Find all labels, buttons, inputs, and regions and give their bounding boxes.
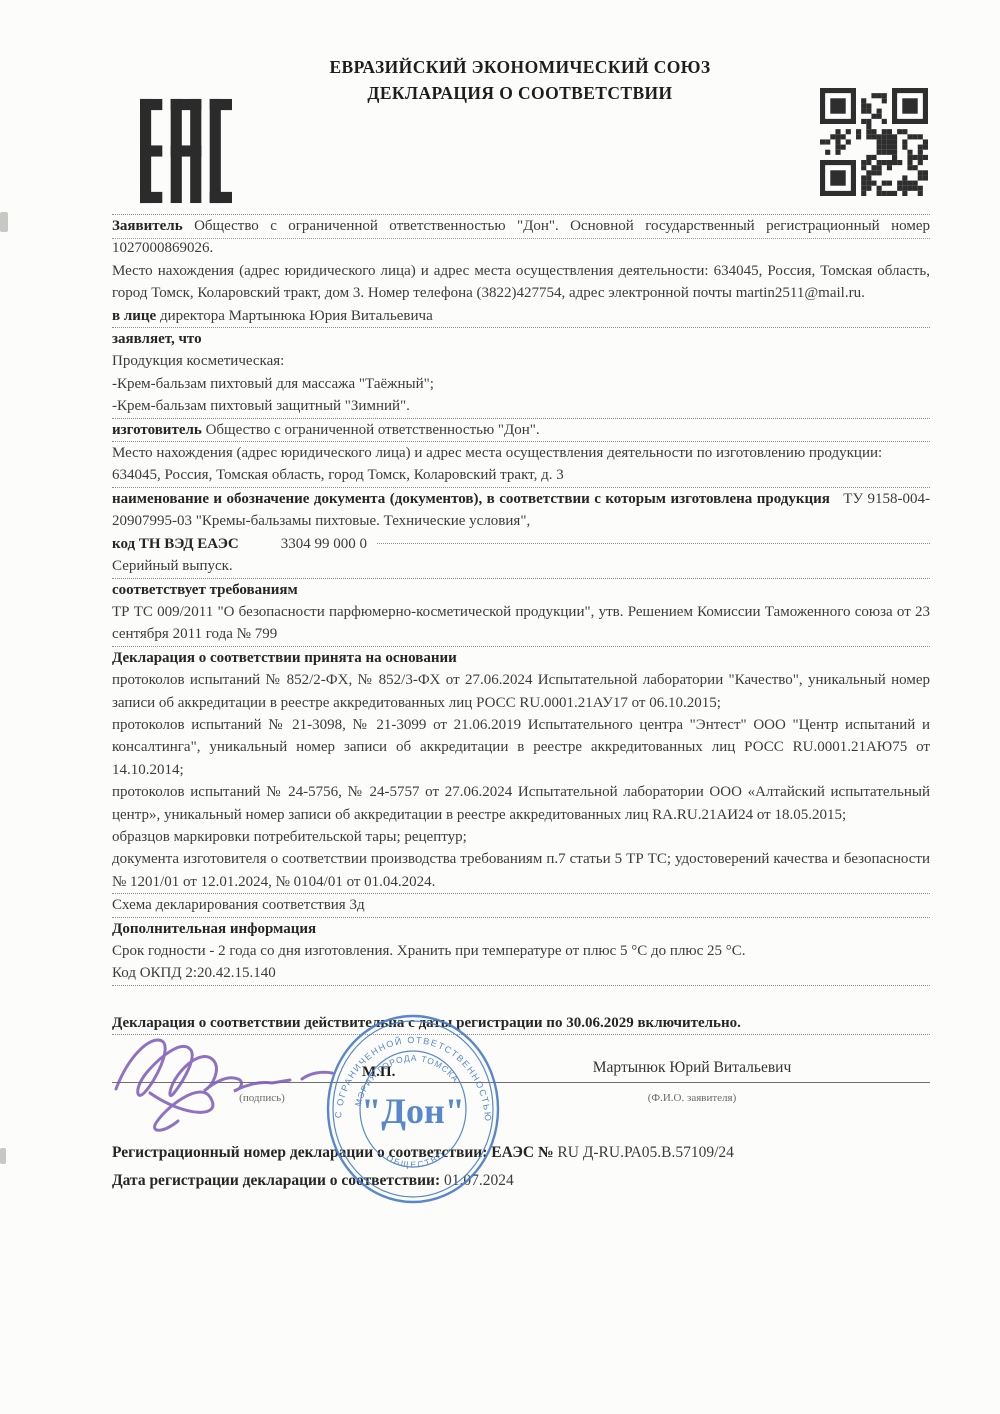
applicant-person-row: в лице директора Мартынюка Юрия Витальев… <box>112 305 930 328</box>
qr-code-icon <box>818 88 930 196</box>
document-header: ЕВРАЗИЙСКИЙ ЭКОНОМИЧЕСКИЙ СОЮЗ ДЕКЛАРАЦИ… <box>240 54 800 106</box>
basis-item: образцов маркировки потребительской тары… <box>112 826 930 848</box>
signature-zone: М.П. Мартынюк Юрий Витальевич (подпись) … <box>112 1035 930 1137</box>
registration-block: Регистрационный номер декларации о соотв… <box>112 1141 930 1193</box>
registration-date-row: Дата регистрации декларации о соответств… <box>112 1169 930 1193</box>
union-title: ЕВРАЗИЙСКИЙ ЭКОНОМИЧЕСКИЙ СОЮЗ <box>240 54 800 80</box>
tnved-value: 3304 99 000 0 <box>281 533 377 555</box>
additional-text: Срок годности - 2 года со дня изготовлен… <box>112 940 930 962</box>
applicant-fullname: Мартынюк Юрий Витальевич <box>492 1057 892 1079</box>
scheme-line: Схема декларирования соответствия 3д <box>112 894 930 917</box>
stamp-center-text: "Дон" <box>361 1091 464 1131</box>
registration-number-value: RU Д-RU.РА05.В.57109/24 <box>557 1144 734 1161</box>
company-stamp: С ОГРАНИЧЕННОЙ ОТВЕТСТВЕННОСТЬЮ • № 968 … <box>324 1011 502 1207</box>
basis-item: протоколов испытаний № 21-3098, № 21-309… <box>112 714 930 781</box>
blank-line <box>377 543 930 544</box>
registration-number-row: Регистрационный номер декларации о соотв… <box>112 1141 930 1165</box>
stamp-inner-bottom-text: ОБЩЕСТВО <box>385 1149 448 1170</box>
compliance-text: ТР ТС 009/2011 "О безопасности парфюмерн… <box>112 601 930 647</box>
manufacturer-name: Общество с ограниченной ответственностью… <box>206 422 540 438</box>
svg-text:ОБЩЕСТВО: ОБЩЕСТВО <box>385 1149 448 1170</box>
product-intro: Продукция косметическая: <box>112 350 930 372</box>
doc-label: наименование и обозначение документа (до… <box>112 491 830 507</box>
manufacturer-row: изготовитель Общество с ограниченной отв… <box>112 419 930 442</box>
declares-label: заявляет, что <box>112 328 930 350</box>
doc-basis-row: наименование и обозначение документа (до… <box>112 488 930 533</box>
person-label: в лице <box>112 308 156 324</box>
product-item: -Крем-бальзам пихтовый для массажа "Таёж… <box>112 373 930 395</box>
serial-issue: Серийный выпуск. <box>112 555 930 578</box>
basis-item: документа изготовителя о соответствии пр… <box>112 848 930 894</box>
basis-label: Декларация о соответствии принята на осн… <box>112 647 930 669</box>
applicant-address: Место нахождения (адрес юридического лиц… <box>112 260 930 305</box>
applicant-label: Заявитель <box>112 218 183 234</box>
okpd-code: Код ОКПД 2:20.42.15.140 <box>112 962 930 985</box>
eac-logo <box>140 95 232 209</box>
doc-title: ДЕКЛАРАЦИЯ О СООТВЕТСТВИИ <box>240 80 800 106</box>
tnved-label: код ТН ВЭД ЕАЭС <box>112 533 239 555</box>
tnved-row: код ТН ВЭД ЕАЭС 3304 99 000 0 <box>112 533 930 555</box>
manufacturer-label: изготовитель <box>112 422 202 438</box>
fullname-caption: (Ф.И.О. заявителя) <box>492 1087 892 1109</box>
applicant-text: Общество с ограниченной ответственностью… <box>112 218 930 256</box>
scan-artifact <box>0 212 8 232</box>
compliance-label: соответствует требованиям <box>112 579 930 601</box>
document-body: Заявитель Общество с ограниченной ответс… <box>112 214 930 1193</box>
additional-label: Дополнительная информация <box>112 918 930 940</box>
declaration-page: ЕВРАЗИЙСКИЙ ЭКОНОМИЧЕСКИЙ СОЮЗ ДЕКЛАРАЦИ… <box>0 0 1000 1414</box>
scan-artifact <box>0 1148 6 1164</box>
basis-item: протоколов испытаний № 24-5756, № 24-575… <box>112 781 930 826</box>
product-item: -Крем-бальзам пихтовый защитный "Зимний"… <box>112 395 930 418</box>
person-name: директора Мартынюка Юрия Витальевича <box>160 308 433 324</box>
manufacturer-address: Место нахождения (адрес юридического лиц… <box>112 442 930 488</box>
applicant-paragraph: Заявитель Общество с ограниченной ответс… <box>112 215 930 260</box>
basis-item: протоколов испытаний № 852/2-ФХ, № 852/3… <box>112 669 930 714</box>
